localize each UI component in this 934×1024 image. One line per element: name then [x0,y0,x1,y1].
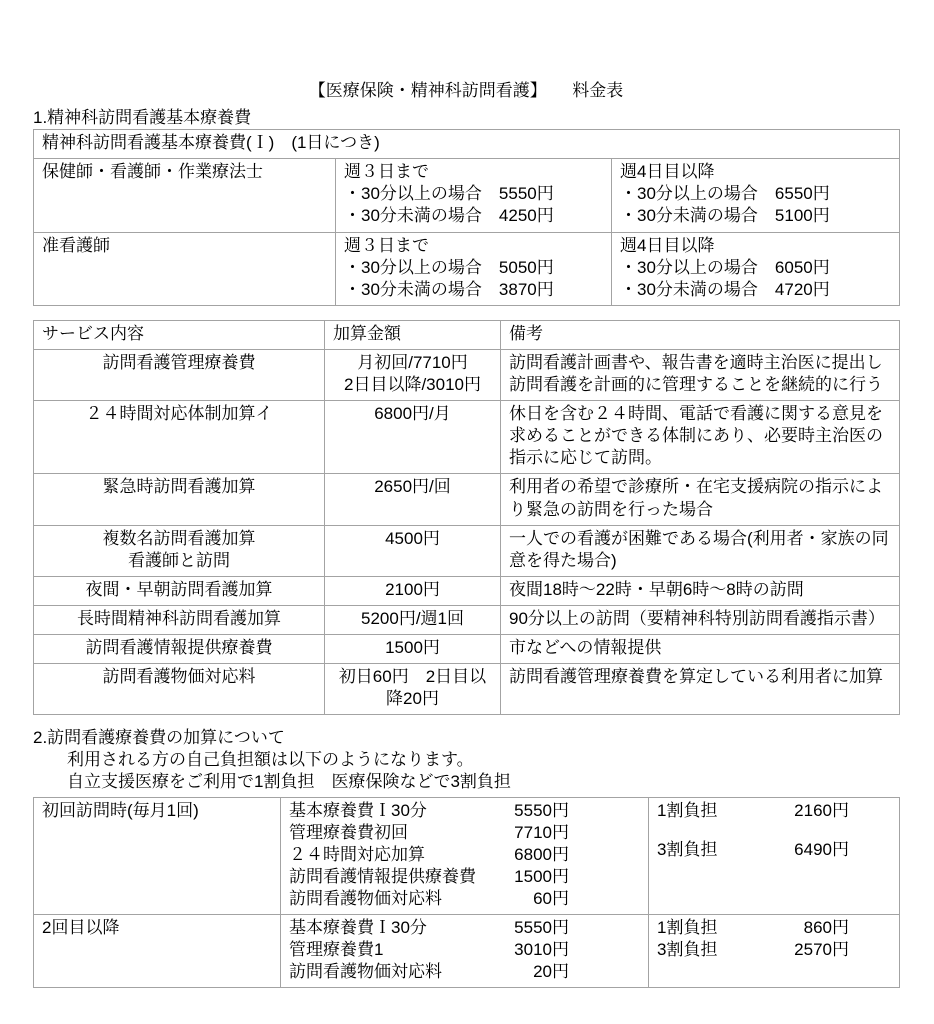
section2-note-line: 自立支援医療をご利用で1割負担 医療保険などで3割負担 [33,771,899,793]
fee-breakdown-list: 基本療養費Ｉ30分 5550円 管理療養費1 3010円 訪問看護物価対応料 2… [289,917,640,983]
burden-cell: 1割負担 860円 3割負担 2570円 [649,915,900,988]
fee-item-name: 訪問看護物価対応料 [289,961,479,983]
service-name-cell: 夜間・早朝訪問看護加算 [34,576,325,605]
fee-item-name: 基本療養費Ｉ30分 [289,800,479,822]
service-name-cell: 複数名訪問看護加算 看護師と訪問 [34,525,325,576]
service-name-cell: 緊急時訪問看護加算 [34,474,325,525]
table-row: 夜間・早朝訪問看護加算 2100円 夜間18時～22時・早朝6時～8時の訪問 [34,576,900,605]
table-row: 2回目以降 基本療養費Ｉ30分 5550円 管理療養費1 3010円 訪問看護物… [34,915,900,988]
amount-cell: 1500円 [325,634,501,663]
page-title: 【医療保険・精神科訪問看護】 料金表 [33,80,899,102]
section2: 2.訪問看護療養費の加算について 利用される方の自己負担額は以下のようになります… [33,727,899,793]
header-amount: 加算金額 [325,320,501,349]
fee-item-name: 管理療養費1 [289,939,479,961]
burden-line: 3割負担 6490円 [657,839,849,861]
table-row: 緊急時訪問看護加算 2650円/回 利用者の希望で診療所・在宅支援病院の指示によ… [34,474,900,525]
header-service: サービス内容 [34,320,325,349]
table-row: 准看護師 週３日まで ・30分以上の場合 5050円 ・30分未満の場合 387… [34,232,900,305]
table-row: 保健師・看護師・作業療法士 週３日まで ・30分以上の場合 5550円 ・30分… [34,159,900,232]
service-name-cell: 訪問看護管理療養費 [34,349,325,400]
section2-heading: 2.訪問看護療養費の加算について [33,727,899,749]
fee-sheet-page: 【医療保険・精神科訪問看護】 料金表 1.精神科訪問看護基本療養費 精神科訪問看… [33,80,899,988]
table-row: 訪問看護物価対応料 初日60円 2日目以降20円 訪問看護管理療養費を算定してい… [34,664,900,715]
table-row: 精神科訪問看護基本療養費(Ｉ) (1日につき) [34,130,900,159]
note-cell: 90分以上の訪問（要精神科特別訪問看護指示書） [501,605,900,634]
note-cell: 訪問看護管理療養費を算定している利用者に加算 [501,664,900,715]
note-cell: 休日を含む２４時間、電話で看護に関する意見を求めることができる体制にあり、必要時… [501,401,900,474]
burden-name: 3割負担 [657,939,717,961]
burden-name: 1割負担 [657,800,717,822]
note-cell: 一人での看護が困難である場合(利用者・家族の同意を得た場合) [501,525,900,576]
burden-name: 3割負担 [657,839,717,861]
fee-item-price: 20円 [481,961,569,983]
week4-fee-cell: 週4日目以降 ・30分以上の場合 6050円 ・30分未満の場合 4720円 [612,232,900,305]
service-name-cell: ２４時間対応体制加算イ [34,401,325,474]
fee-item-price: 7710円 [481,822,569,844]
fee-item-price: 5550円 [481,917,569,939]
staff-type-cell: 保健師・看護師・作業療法士 [34,159,336,232]
note-cell: 利用者の希望で診療所・在宅支援病院の指示により緊急の訪問を行った場合 [501,474,900,525]
fee-item-price: 1500円 [481,866,569,888]
service-name-cell: 訪問看護情報提供療養費 [34,634,325,663]
fee-item-name: 訪問看護物価対応料 [289,888,479,910]
service-name-cell: 長時間精神科訪問看護加算 [34,605,325,634]
amount-cell: 2650円/回 [325,474,501,525]
fee-breakdown-cell: 基本療養費Ｉ30分 5550円 管理療養費1 3010円 訪問看護物価対応料 2… [281,915,649,988]
staff-type-cell: 准看護師 [34,232,336,305]
amount-cell: 6800円/月 [325,401,501,474]
note-cell: 市などへの情報提供 [501,634,900,663]
note-cell: 夜間18時～22時・早朝6時～8時の訪問 [501,576,900,605]
amount-cell: 初日60円 2日目以降20円 [325,664,501,715]
fee-breakdown-list: 基本療養費Ｉ30分 5550円 管理療養費初回 7710円 ２４時間対応加算 6… [289,800,640,910]
note-cell: 訪問看護計画書や、報告書を適時主治医に提出し訪問看護を計画的に管理することを継続… [501,349,900,400]
service-name-cell: 訪問看護物価対応料 [34,664,325,715]
week3-fee-cell: 週３日まで ・30分以上の場合 5050円 ・30分未満の場合 3870円 [336,232,612,305]
basic-fee-table-caption: 精神科訪問看護基本療養費(Ｉ) (1日につき) [34,130,900,159]
table-row: 訪問看護情報提供療養費 1500円 市などへの情報提供 [34,634,900,663]
burden-cell: 1割負担 2160円 3割負担 6490円 [649,797,900,914]
fee-item-name: ２４時間対応加算 [289,844,479,866]
basic-fee-table: 精神科訪問看護基本療養費(Ｉ) (1日につき) 保健師・看護師・作業療法士 週３… [33,129,900,306]
fee-item-name: 管理療養費初回 [289,822,479,844]
visit-type-cell: 初回訪問時(毎月1回) [34,797,281,914]
table-row: 複数名訪問看護加算 看護師と訪問 4500円 一人での看護が困難である場合(利用… [34,525,900,576]
amount-cell: 月初回/7710円 2日目以降/3010円 [325,349,501,400]
section1-heading: 1.精神科訪問看護基本療養費 [33,107,899,129]
week4-fee-cell: 週4日目以降 ・30分以上の場合 6550円 ・30分未満の場合 5100円 [612,159,900,232]
fee-item-name: 訪問看護情報提供療養費 [289,866,479,888]
fee-breakdown-cell: 基本療養費Ｉ30分 5550円 管理療養費初回 7710円 ２４時間対応加算 6… [281,797,649,914]
addition-fee-table: サービス内容 加算金額 備考 訪問看護管理療養費 月初回/7710円 2日目以降… [33,320,900,715]
fee-item-price: 5550円 [481,800,569,822]
table-row: 訪問看護管理療養費 月初回/7710円 2日目以降/3010円 訪問看護計画書や… [34,349,900,400]
fee-item-price: 3010円 [481,939,569,961]
burden-price: 2570円 [794,939,849,961]
table-row: ２４時間対応体制加算イ 6800円/月 休日を含む２４時間、電話で看護に関する意… [34,401,900,474]
fee-item-name: 基本療養費Ｉ30分 [289,917,479,939]
burden-line: 1割負担 860円 [657,917,849,939]
fee-item-price: 60円 [481,888,569,910]
table-row: 初回訪問時(毎月1回) 基本療養費Ｉ30分 5550円 管理療養費初回 7710… [34,797,900,914]
visit-type-cell: 2回目以降 [34,915,281,988]
week3-fee-cell: 週３日まで ・30分以上の場合 5550円 ・30分未満の場合 4250円 [336,159,612,232]
burden-price: 860円 [804,917,849,939]
burden-line: 1割負担 2160円 [657,800,849,822]
table-row: 長時間精神科訪問看護加算 5200円/週1回 90分以上の訪問（要精神科特別訪問… [34,605,900,634]
header-note: 備考 [501,320,900,349]
section2-note-line: 利用される方の自己負担額は以下のようになります。 [33,749,899,771]
burden-price: 2160円 [794,800,849,822]
self-pay-table: 初回訪問時(毎月1回) 基本療養費Ｉ30分 5550円 管理療養費初回 7710… [33,797,900,989]
table-header-row: サービス内容 加算金額 備考 [34,320,900,349]
amount-cell: 5200円/週1回 [325,605,501,634]
burden-price: 6490円 [794,839,849,861]
fee-item-price: 6800円 [481,844,569,866]
amount-cell: 4500円 [325,525,501,576]
amount-cell: 2100円 [325,576,501,605]
burden-name: 1割負担 [657,917,717,939]
burden-line: 3割負担 2570円 [657,939,849,961]
